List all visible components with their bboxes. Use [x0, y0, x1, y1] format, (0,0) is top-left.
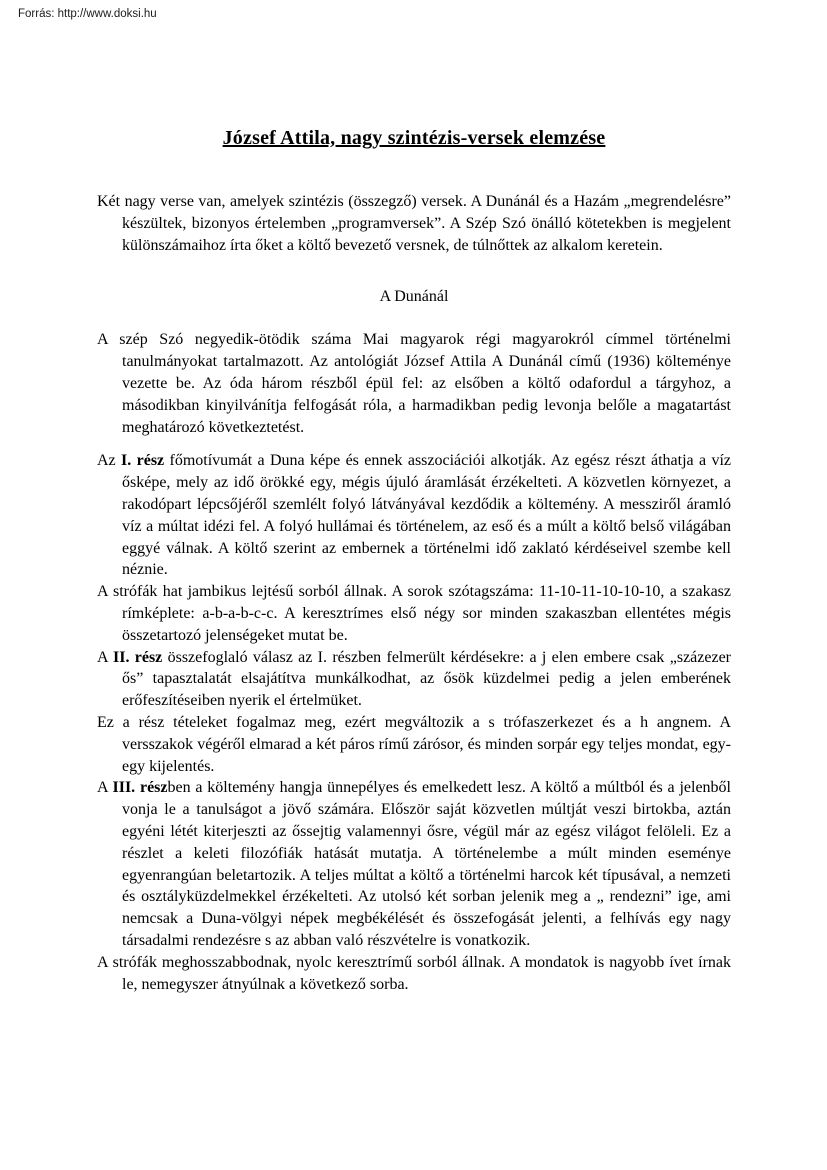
paragraph: A III. részben a költemény hangja ünnepé… [97, 777, 731, 951]
document-content: József Attila, nagy szintézis-versek ele… [97, 0, 731, 995]
text-segment: A [97, 649, 113, 666]
paragraph: A strófák hat jambikus lejtésű sorból ál… [97, 581, 731, 646]
paragraph: Ez a rész tételeket fogalmaz meg, ezért … [97, 712, 731, 777]
text-segment: főmotívumát a Duna képe és ennek asszoci… [122, 452, 731, 578]
bold-text-segment: I. rész [121, 452, 164, 469]
text-segment: A szép Szó negyedik-ötödik száma Mai mag… [97, 331, 731, 435]
paragraph: Két nagy verse van, amelyek szintézis (ö… [97, 191, 731, 256]
text-segment: A strófák meghosszabbodnak, nyolc keresz… [97, 954, 731, 993]
paragraph: A szép Szó negyedik-ötödik száma Mai mag… [97, 329, 731, 438]
text-segment: Az [97, 452, 121, 469]
analysis-section: A szép Szó negyedik-ötödik száma Mai mag… [97, 329, 731, 995]
paragraph: A II. rész összefoglaló válasz az I. rés… [97, 647, 731, 712]
paragraph: A strófák meghosszabbodnak, nyolc keresz… [97, 952, 731, 996]
text-segment: Két nagy verse van, amelyek szintézis (ö… [97, 193, 731, 254]
paragraph: Az I. rész főmotívumát a Duna képe és en… [97, 450, 731, 581]
document-title: József Attila, nagy szintézis-versek ele… [97, 125, 731, 151]
bold-text-segment: II. rész [113, 649, 162, 666]
text-segment: A strófák hat jambikus lejtésű sorból ál… [97, 583, 731, 644]
text-segment: összefoglaló válasz az I. részben felmer… [122, 649, 731, 710]
text-segment: ben a költemény hangja ünnepélyes és eme… [122, 779, 731, 949]
text-segment: A [97, 779, 112, 796]
bold-text-segment: III. rész [112, 779, 167, 796]
section-heading: A Dunánál [97, 286, 731, 308]
text-segment: Ez a rész tételeket fogalmaz meg, ezért … [97, 714, 731, 775]
intro-section: Két nagy verse van, amelyek szintézis (ö… [97, 191, 731, 256]
document-page: Forrás: http://www.doksi.hu József Attil… [0, 0, 827, 1170]
